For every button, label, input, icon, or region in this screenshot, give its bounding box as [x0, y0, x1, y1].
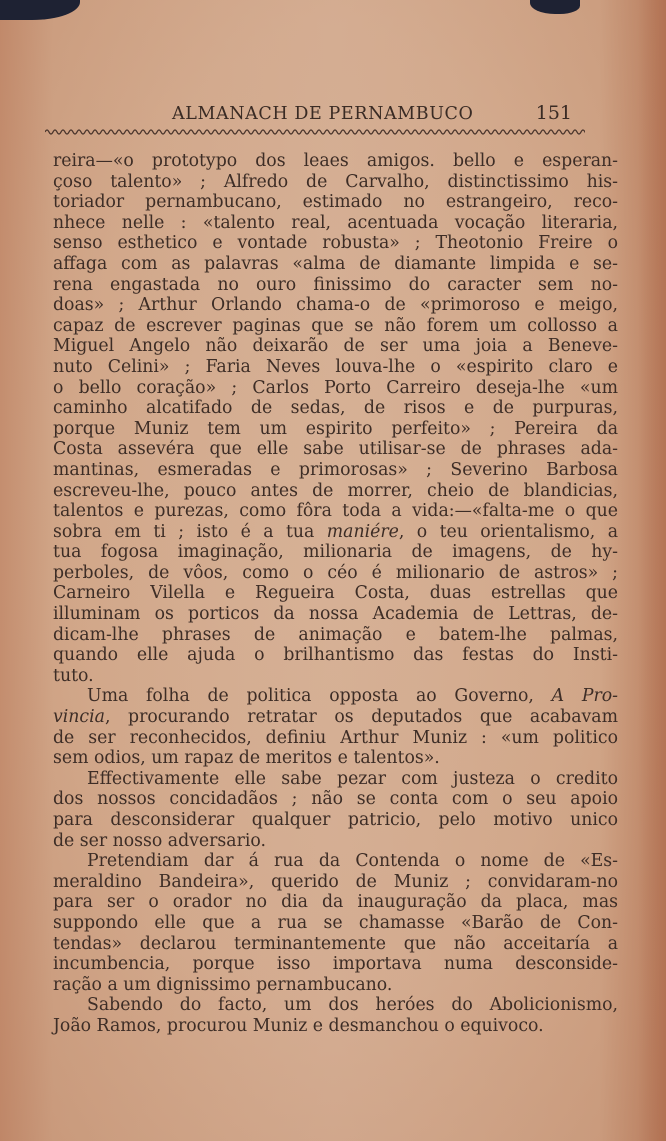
text-line: mantinas, esmeradas e primorosas» ; Seve…	[53, 460, 618, 481]
text-line: escreveu-lhe, pouco antes de morrer, che…	[53, 481, 618, 502]
torn-corner-right	[530, 0, 580, 14]
text-line: Pretendiam dar á rua da Contenda o nome …	[53, 851, 618, 872]
text-line: de ser nosso adversario.	[53, 831, 618, 852]
text-line: sobra em ti ; isto é a tua maniére, o te…	[53, 522, 618, 543]
text-line: talentos e purezas, como fôra toda a vid…	[53, 501, 618, 522]
text-line: tua fogosa imaginação, milionaria de ima…	[53, 542, 618, 563]
text-line: doas» ; Arthur Orlando chama-o de «primo…	[53, 295, 618, 316]
text-line: dos nossos concidadãos ; não se conta co…	[53, 789, 618, 810]
text-line: tendas» declarou terminantemente que não…	[53, 934, 618, 955]
torn-corner-left	[0, 0, 80, 20]
text-line: meraldino Bandeira», querido de Muniz ; …	[53, 872, 618, 893]
text-line: senso esthetico e vontade robusta» ; The…	[53, 233, 618, 254]
text-line: Costa assevéra que elle sabe utilisar-se…	[53, 439, 618, 460]
text-line: sem odios, um rapaz de meritos e talento…	[53, 748, 618, 769]
text-line: capaz de escrever paginas que se não for…	[53, 316, 618, 337]
text-line: affaga com as palavras «alma de diamante…	[53, 254, 618, 275]
body-text: reira—«o prototypo dos leaes amigos. bel…	[53, 151, 618, 1037]
text-line: reira—«o prototypo dos leaes amigos. bel…	[53, 151, 618, 172]
book-page: ALMANACH DE PERNAMBUCO 151 reira—«o prot…	[0, 0, 666, 1141]
text-line: vincia, procurando retratar os deputados…	[53, 707, 618, 728]
text-line: Uma folha de politica opposta ao Governo…	[53, 686, 618, 707]
text-line: o bello coração» ; Carlos Porto Carreiro…	[53, 378, 618, 399]
text-line: nhece nelle : «talento real, acentuada v…	[53, 213, 618, 234]
text-line: Effectivamente elle sabe pezar com juste…	[53, 769, 618, 790]
page-edge-shadow	[638, 0, 666, 1141]
text-line: ração a um dignissimo pernambucano.	[53, 975, 618, 996]
wavy-rule-divider	[45, 127, 585, 137]
text-line: incumbencia, porque isso importava numa …	[53, 954, 618, 975]
page-number: 151	[536, 102, 572, 124]
text-line: porque Muniz tem um espirito perfeito» ;…	[53, 419, 618, 440]
text-line: João Ramos, procurou Muniz e desmanchou …	[53, 1016, 618, 1037]
running-title: ALMANACH DE PERNAMBUCO	[172, 104, 474, 124]
text-line: caminho alcatifado de sedas, de risos e …	[53, 398, 618, 419]
text-line: de ser reconhecidos, definiu Arthur Muni…	[53, 728, 618, 749]
running-header: ALMANACH DE PERNAMBUCO 151	[172, 104, 572, 128]
text-line: illuminam os porticos da nossa Academia …	[53, 604, 618, 625]
italic-text: vincia	[53, 707, 105, 727]
text-line: suppondo elle que a rua se chamasse «Bar…	[53, 913, 618, 934]
text-line: dicam-lhe phrases de animação e batem-lh…	[53, 625, 618, 646]
italic-text: maniére	[327, 522, 399, 542]
text-line: para ser o orador no dia da inauguração …	[53, 892, 618, 913]
text-line: Carneiro Vilella e Regueira Costa, duas …	[53, 583, 618, 604]
text-line: quando elle ajuda o brilhantismo das fes…	[53, 645, 618, 666]
text-line: Sabendo do facto, um dos heróes do Aboli…	[53, 995, 618, 1016]
text-line: Miguel Angelo não deixarão de ser uma jo…	[53, 336, 618, 357]
text-line: nuto Celini» ; Faria Neves louva-lhe o «…	[53, 357, 618, 378]
text-line: çoso talento» ; Alfredo de Carvalho, dis…	[53, 172, 618, 193]
italic-text: A Pro-	[552, 686, 618, 706]
text-line: tuto.	[53, 666, 618, 687]
text-line: rena engastada no ouro finissimo do cara…	[53, 275, 618, 296]
text-line: perboles, de vôos, como o céo é milionar…	[53, 563, 618, 584]
text-line: toriador pernambucano, estimado no estra…	[53, 192, 618, 213]
text-line: para desconsiderar qualquer patricio, pe…	[53, 810, 618, 831]
